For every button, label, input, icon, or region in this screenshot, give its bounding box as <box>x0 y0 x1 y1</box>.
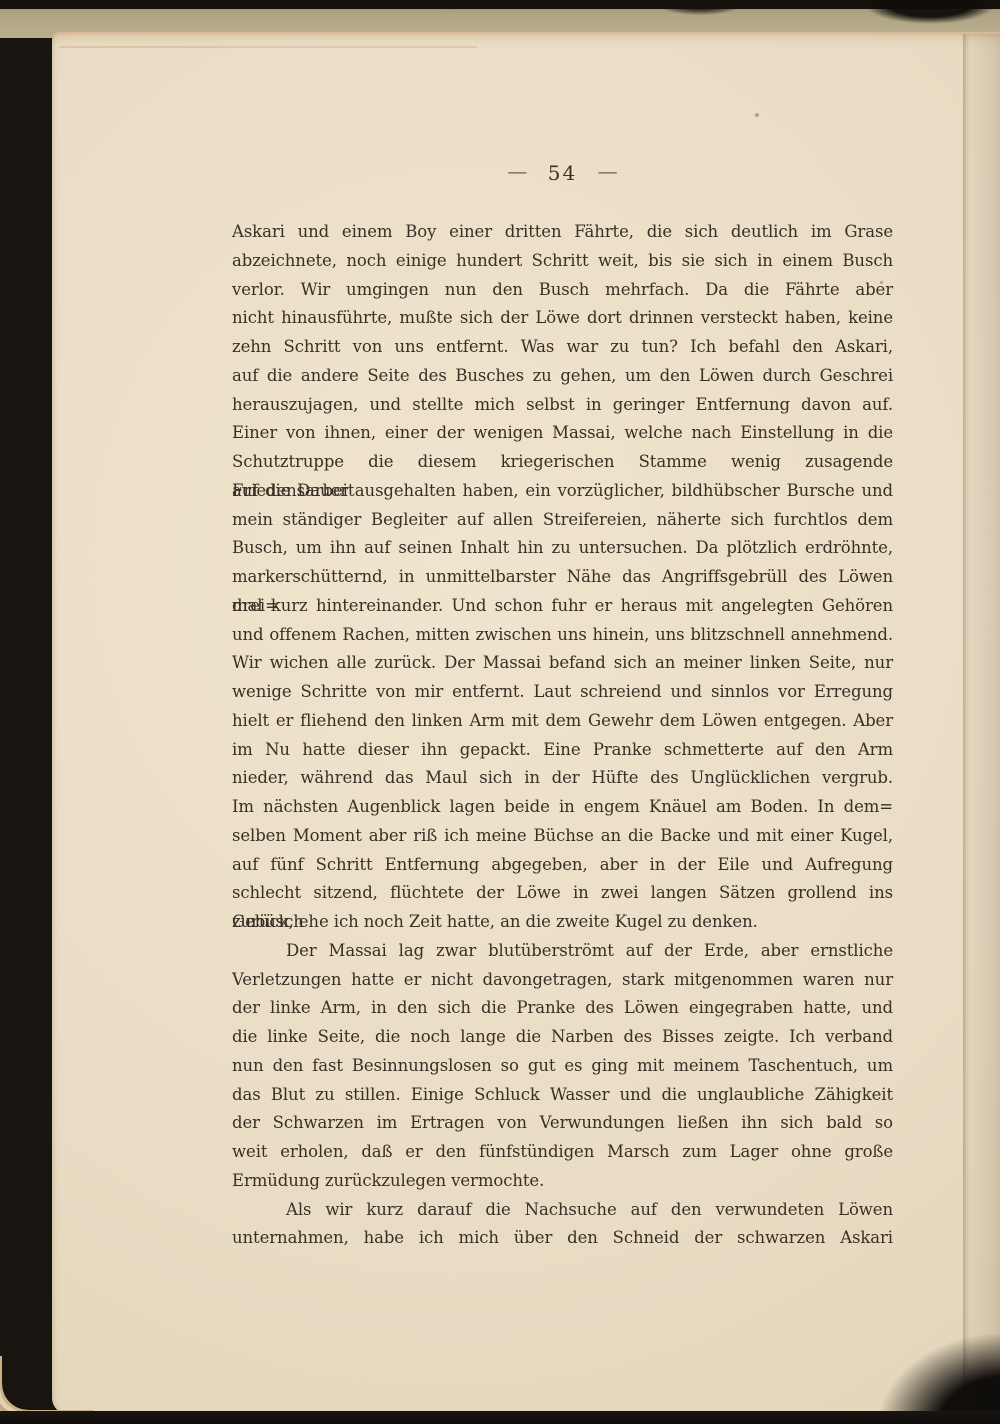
text-line: Wir wichen alle zurück. Der Massai befan… <box>232 649 893 678</box>
text-line: Als wir kurz darauf die Nachsuche auf de… <box>232 1196 893 1225</box>
text-line: auf die andere Seite des Busches zu gehe… <box>232 362 893 391</box>
text-line: markerschütternd, in unmittelbarster Näh… <box>232 563 893 592</box>
text-line: zurück, ehe ich noch Zeit hatte, an die … <box>232 908 893 937</box>
page-stack-bottom-corner <box>2 1352 98 1410</box>
text-line: der Schwarzen im Ertragen von Verwundung… <box>232 1109 893 1138</box>
text-line: weit erholen, daß er den fünfstündigen M… <box>232 1138 893 1167</box>
under-page-edge <box>58 46 478 52</box>
text-line: auf fünf Schritt Entfernung abgegeben, a… <box>232 851 893 880</box>
text-line: herauszujagen, und stellte mich selbst i… <box>232 391 893 420</box>
text-line: hielt er fliehend den linken Arm mit dem… <box>232 707 893 736</box>
text-line: selben Moment aber riß ich meine Büchse … <box>232 822 893 851</box>
shadow-bottom-right <box>880 1334 1000 1418</box>
header-dash-right: — <box>598 159 618 183</box>
book-photo: — 54 — Askari und einem Boy einer dritte… <box>0 0 1000 1424</box>
text-line: schlecht sitzend, flüchtete der Löwe in … <box>232 879 893 908</box>
page-header: — 54 — <box>232 160 893 186</box>
text-line: wenige Schritte von mir entfernt. Laut s… <box>232 678 893 707</box>
header-dash-left: — <box>507 159 527 183</box>
text-line: nun den fast Besinnungslosen so gut es g… <box>232 1052 893 1081</box>
text-line: Busch, um ihn auf seinen Inhalt hin zu u… <box>232 534 893 563</box>
background-bottom <box>0 1411 1000 1424</box>
text-line: und offenem Rachen, mitten zwischen uns … <box>232 621 893 650</box>
page-body: Askari und einem Boy einer dritten Fährt… <box>232 218 893 1253</box>
text-line: Ermüdung zurückzulegen vermochte. <box>232 1167 893 1196</box>
text-line: die linke Seite, die noch lange die Narb… <box>232 1023 893 1052</box>
paper-speck <box>755 113 759 117</box>
text-line: Schutztruppe die diesem kriegerischen St… <box>232 448 893 477</box>
text-line: verlor. Wir umgingen nun den Busch mehrf… <box>232 276 893 305</box>
gutter-crease <box>963 34 1000 1414</box>
text-line: mein ständiger Begleiter auf allen Strei… <box>232 506 893 535</box>
page-number: 54 <box>548 161 577 185</box>
paragraph: Als wir kurz darauf die Nachsuche auf de… <box>232 1196 893 1254</box>
text-line: das Blut zu stillen. Einige Schluck Wass… <box>232 1081 893 1110</box>
text-line: unternahmen, habe ich mich über den Schn… <box>232 1224 893 1253</box>
text-line: im Nu hatte dieser ihn gepackt. Eine Pra… <box>232 736 893 765</box>
text-line: Der Massai lag zwar blutüberströmt auf d… <box>232 937 893 966</box>
text-line: Im nächsten Augenblick lagen beide in en… <box>232 793 893 822</box>
text-line: auf die Dauer ausgehalten haben, ein vor… <box>232 477 893 506</box>
text-line: nieder, während das Maul sich in der Hüf… <box>232 764 893 793</box>
text-line: Einer von ihnen, einer der wenigen Massa… <box>232 419 893 448</box>
text-line: Askari und einem Boy einer dritten Fährt… <box>232 218 893 247</box>
text-line: Verletzungen hatte er nicht davongetrage… <box>232 966 893 995</box>
text-line: der linke Arm, in den sich die Pranke de… <box>232 994 893 1023</box>
text-line: zehn Schritt von uns entfernt. Was war z… <box>232 333 893 362</box>
text-line: abzeichnete, noch einige hundert Schritt… <box>232 247 893 276</box>
text-line: nicht hinausführte, mußte sich der Löwe … <box>232 304 893 333</box>
text-line: mal kurz hintereinander. Und schon fuhr … <box>232 592 893 621</box>
paragraph: Der Massai lag zwar blutüberströmt auf d… <box>232 937 893 1196</box>
paragraph: Askari und einem Boy einer dritten Fährt… <box>232 218 893 937</box>
text-block: — 54 — Askari und einem Boy einer dritte… <box>232 160 893 186</box>
